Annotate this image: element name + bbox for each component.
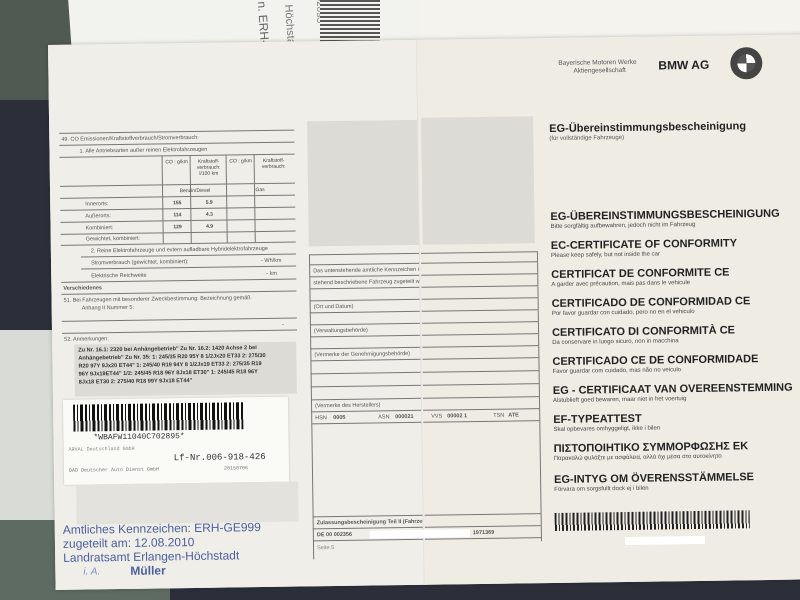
cert-title: EG-INTYG OM ÖVERENSSTÄMMELSE [554,471,754,486]
cert-note: Please keep safely, but not inside the c… [551,251,660,259]
col-header-co: CO : g/km [164,159,190,165]
vin-sticker: *WBAFW11040C702895* ARVAL Deutschland Gm… [63,397,289,485]
group-gas: Gas [228,187,292,194]
remark-line: 8Jx18 ET30 2: 275/40 R18 99Y 9Jx18 ET44" [79,378,193,386]
verschiedenes-heading: Verschiedenes [63,285,102,292]
document-barcode [555,510,750,531]
row-gewichtet-label: Gewichtet, kombiniert: [86,236,141,243]
strom-label: Stromverbrauch (gewichtet, kombiniert): [91,259,189,266]
reichweite-label: Elektrische Reichweite [91,273,146,280]
brand-name: BMW AG [658,58,709,73]
cert-note: Förvara om sorgsfullt dock ej i bilen [554,486,648,493]
stamp-authority: Landratsamt Erlangen-Höchstadt [63,548,239,564]
cert-note: Da conservare in luogo sicuro, non in ma… [552,338,678,346]
row-innerorts-fuel: 5.9 [192,200,226,206]
col-header-co-gas: CO : g/km [228,158,254,164]
row-ausserorts-label: Außerorts: [85,213,111,219]
vvs-label: VVS [431,414,442,420]
section-49-title: 49. CO Emissionen/Kraftstoffverbrauch/St… [61,135,199,143]
tsn-value: ATE [508,412,519,418]
remarks-box: Zu Nr. 16.1: 2320 bei Anhängebetrieb" Zu… [74,342,297,397]
remark-line: Zu Nr. 16.1: 2320 bei Anhängebetrieb" Zu… [78,345,257,353]
sticker-code: 20150706 [224,465,248,471]
redacted-area [370,529,470,538]
section-1-title: 1. Alle Antriebsarten außer reinen Elekt… [79,147,207,155]
page-number: Seite 5 [317,545,334,551]
zb2-number-prefix: DE 00 002356 [317,532,352,538]
row-kombiniert-fuel: 4.9 [193,224,227,230]
document-subtitle: (für vollständige Fahrzeuge) [549,135,624,142]
bmw-logo-icon [730,47,762,79]
row-kombiniert-co: 129 [165,224,191,230]
cert-note: Παρακαλώ φυλάξτε με ασφάλεια, αλλά όχι μ… [554,454,722,462]
remark-line: Anhängebetrieb" Zu Nr. 35: 1: 245/35 R20… [78,353,265,362]
vermerke-hersteller-label: (Vermerke des Herstellers) [315,402,380,409]
stamp-name: Müller [130,563,166,577]
coc-document: 49. CO Emissionen/Kraftstoffverbrauch/St… [48,34,800,590]
blank-grey-field [307,120,421,247]
stamp-signature: i. A. [83,566,100,577]
right-page: VVS 00002 1 TSN ATE 1971369 Bayerische M… [418,34,800,584]
cert-note: Favor guardar com cuidado, mas não no ve… [553,367,681,375]
sticker-company-2: DAD Deutscher Auto Dienst GmbH [69,466,159,473]
cert-title: CERTIFICAT DE CONFORMITE CE [551,267,729,281]
cert-title: EF-TYPEATTEST [553,413,642,426]
cert-title: CERTIFICADO DE CONFORMIDAD CE [552,295,751,310]
col-header-fuel-gas: Kraftstoff-verbrauch: [256,158,292,171]
cert-note: Skal opbevares omhyggeligt, ikke i bilen [553,425,660,432]
company-name-line1: Bayerische Motoren Werke [558,59,636,67]
item-51-value: - [282,322,284,328]
remark-line: R20 97Y 9Jx20 ET44" 1: 245/40 R19 94Y 8 … [78,361,261,370]
zb2-number-suffix: 1971369 [473,530,495,536]
sticker-lf-nr: Lf-Nr.006-918-426 [174,452,266,463]
cert-title: EC-CERTIFICATE OF CONFORMITY [551,237,737,252]
item-51-line2: Anhang II Nummer 5: [82,305,134,312]
asn-label: ASN [378,414,389,420]
vin-barcode [73,402,243,431]
row-ausserorts-co: 114 [164,212,190,218]
item-52-text: 52. Anmerkungen: [64,336,109,343]
stamp-plate: Amtliches Kennzeichen: ERH-GE999 [63,520,261,537]
verwaltung-label: (Verwaltungsbehörde) [314,328,368,335]
asn-value: 000021 [395,414,413,420]
cert-title: EG - CERTIFICAAT VAN OVEREENSTEMMING [553,382,793,397]
cert-title: CERTIFICATO DI CONFORMITÀ CE [552,324,735,339]
section-2-title: 2. Reine Elektrofahrzeuge und extern auf… [91,246,268,254]
group-benzin-diesel: Benzin/Diesel [164,188,226,195]
tsn-label: TSN [493,413,504,419]
row-ausserorts-fuel: 4.3 [192,212,226,218]
item-51-text: 51. Bei Fahrzeugen mit besonderer Zweckb… [64,295,251,304]
cert-note: Por favor guardar con cuidado, pero no e… [552,309,695,317]
ort-datum-label: (Ort und Datum) [314,304,354,311]
row-kombiniert-label: Kombiniert: [86,225,114,231]
col-header-fuel: Kraftstoff-verbrauch: l/100 km [192,159,226,177]
cert-note: A garder avec précaution, mais pas dans … [551,280,690,288]
vin-text: *WBAFW11040C702895* [93,432,184,442]
cert-title: CERTIFICADO CE DE CONFORMIDADE [552,353,758,368]
remark-line: 96Y 9Jx19ET44" 1/2: 245/45 R18 96Y 8Jx18… [79,369,258,378]
cert-note: Alstublieft goed bewaren, maar niet in h… [553,396,686,404]
reichweite-value: - km [266,271,277,277]
sticker-company-1: ARVAL Deutschland GmbH [69,446,135,453]
hsn-value: 0005 [333,415,345,421]
document-title: EG-Übereinstimmungsbescheinigung [549,120,746,135]
notice-line-2: stehend beschriebene Fahrzeug zugeteilt … [313,279,434,287]
vvs-value: 00002 1 [447,413,467,419]
row-innerorts-co: 155 [164,200,190,206]
strom-value: - Wh/km [261,258,282,264]
company-name-line2: Aktiengesellschaft [573,67,625,75]
row-innerorts-label: Innerorts: [85,201,108,207]
cert-title: EG-ÜBEREINSTIMMUNGSBESCHEINIGUNG [550,208,779,223]
vermerke-gen-label: (Vermerke der Genehmigungsbehörde) [314,351,410,358]
cert-note: Bitte sorgfältig aufbewahren, jedoch nic… [551,222,696,230]
redacted-area [625,536,705,545]
left-page: 49. CO Emissionen/Kraftstoffverbrauch/St… [48,40,426,590]
hsn-label: HSN [315,415,327,421]
